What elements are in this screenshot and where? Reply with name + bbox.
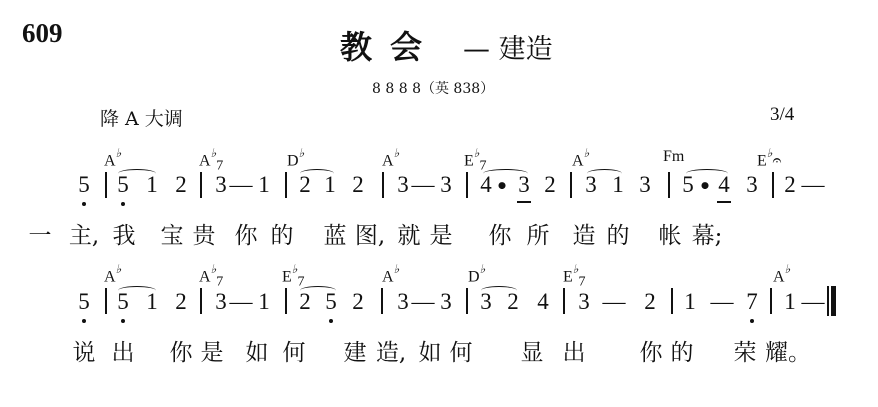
lyric-syllable: 主, <box>69 217 99 250</box>
barline <box>285 288 287 314</box>
chord-symbol: A♭ <box>382 264 399 286</box>
note-digit: 3 <box>397 172 409 198</box>
sustain-dash: — <box>412 289 435 315</box>
hymn-title: 教会 <box>340 22 440 68</box>
chord-symbol: A♭7 <box>199 148 223 175</box>
note-digit: 3 <box>639 172 651 198</box>
lyric-syllable: 的 <box>271 217 294 250</box>
note-digit: 5 <box>117 172 129 198</box>
dotted-note-dot: • <box>496 174 509 198</box>
lyric-syllable: 蓝 <box>324 217 347 250</box>
note-digit: 3 <box>215 289 227 315</box>
chord-symbol: E♭7 <box>282 264 304 291</box>
barline <box>770 288 772 314</box>
lyric-syllable: 一 <box>29 217 52 250</box>
note-digit: 1 <box>258 289 270 315</box>
barline <box>382 172 384 198</box>
lyric-syllable: 所 <box>527 217 550 250</box>
note-digit: 5 <box>682 172 694 198</box>
barline <box>200 172 202 198</box>
low-octave-dot <box>82 319 86 323</box>
note-digit: 1 <box>684 289 696 315</box>
note-digit: 7 <box>746 289 758 315</box>
lyric-syllable: 就 <box>398 217 421 250</box>
lyric-syllable: 何 <box>283 334 306 367</box>
lyric-syllable: 出 <box>112 334 135 367</box>
barline <box>466 288 468 314</box>
note-digit: 5 <box>78 289 90 315</box>
note-digit: 5 <box>117 289 129 315</box>
note-digit: 3 <box>397 289 409 315</box>
note-digit: 4 <box>537 289 549 315</box>
eighth-note-underline <box>717 201 731 203</box>
note-digit: 2 <box>175 289 187 315</box>
note-digit: 5 <box>325 289 337 315</box>
note-digit: 3 <box>480 289 492 315</box>
low-octave-dot <box>121 319 125 323</box>
lyric-syllable: 你 <box>640 334 663 367</box>
sustain-dash: — <box>802 172 825 198</box>
barline <box>466 172 468 198</box>
lyric-syllable: 贵 <box>193 217 216 250</box>
barline <box>200 288 202 314</box>
lyric-syllable: 如 <box>246 334 269 367</box>
chord-symbol: A♭ <box>104 264 121 286</box>
note-digit: 3 <box>440 289 452 315</box>
barline <box>671 288 673 314</box>
chord-symbol: E♭7 <box>464 148 486 175</box>
eighth-note-underline <box>517 201 531 203</box>
lyric-syllable: 如 <box>419 334 442 367</box>
note-digit: 1 <box>258 172 270 198</box>
low-octave-dot <box>750 319 754 323</box>
low-octave-dot <box>329 319 333 323</box>
note-digit: 2 <box>544 172 556 198</box>
note-digit: 1 <box>784 289 796 315</box>
lyric-syllable: 的 <box>607 217 630 250</box>
dotted-note-dot: • <box>699 174 712 198</box>
note-digit: 2 <box>299 289 311 315</box>
note-digit: 2 <box>644 289 656 315</box>
note-digit: 4 <box>718 172 730 198</box>
barline <box>570 172 572 198</box>
lyric-syllable: 帐 <box>659 217 682 250</box>
low-octave-dot <box>82 202 86 206</box>
lyric-syllable: 说 <box>73 334 96 367</box>
chord-symbol: A♭ <box>382 148 399 170</box>
final-barline-thick <box>831 286 836 316</box>
chord-symbol: D♭ <box>287 148 304 170</box>
note-digit: 3 <box>518 172 530 198</box>
final-barline-thin <box>827 286 829 316</box>
note-digit: 1 <box>146 289 158 315</box>
note-digit: 5 <box>78 172 90 198</box>
lyric-syllable: 你 <box>170 334 193 367</box>
chord-symbol: Fm <box>663 148 684 166</box>
note-digit: 2 <box>299 172 311 198</box>
note-digit: 3 <box>746 172 758 198</box>
note-digit: 1 <box>612 172 624 198</box>
note-digit: 4 <box>480 172 492 198</box>
lyric-syllable: 你 <box>489 217 512 250</box>
note-digit: 3 <box>440 172 452 198</box>
barline <box>285 172 287 198</box>
note-digit: 1 <box>146 172 158 198</box>
sustain-dash: — <box>711 289 734 315</box>
lyric-syllable: 的 <box>671 334 694 367</box>
fermata-icon: 𝄐 <box>772 152 781 169</box>
chord-symbol: E♭7 <box>563 264 585 291</box>
note-digit: 2 <box>352 289 364 315</box>
sustain-dash: — <box>230 289 253 315</box>
note-digit: 3 <box>585 172 597 198</box>
chord-symbol: A♭ <box>104 148 121 170</box>
barline <box>381 288 383 314</box>
lyric-syllable: 是 <box>430 217 453 250</box>
hymn-number: 609 <box>22 18 63 49</box>
barline <box>668 172 670 198</box>
note-digit: 2 <box>507 289 519 315</box>
sustain-dash: — <box>802 289 825 315</box>
chord-symbol: A♭ <box>572 148 589 170</box>
note-digit: 2 <box>175 172 187 198</box>
chord-symbol: A♭7 <box>199 264 223 291</box>
lyric-syllable: 我 <box>113 217 136 250</box>
sustain-dash: — <box>603 289 626 315</box>
barline <box>105 288 107 314</box>
chord-symbol: A♭ <box>773 264 790 286</box>
sustain-dash: — <box>412 172 435 198</box>
sustain-dash: — <box>230 172 253 198</box>
lyric-syllable: 图, <box>355 217 385 250</box>
lyric-syllable: 耀。 <box>765 334 811 367</box>
chord-symbol: D♭ <box>468 264 485 286</box>
note-digit: 3 <box>215 172 227 198</box>
low-octave-dot <box>121 202 125 206</box>
hymn-subtitle: — 建造 <box>463 27 553 66</box>
lyric-syllable: 幕; <box>692 217 723 250</box>
lyric-syllable: 造 <box>573 217 596 250</box>
time-signature: 3/4 <box>770 104 794 126</box>
key-signature: 降 A 大调 <box>100 104 183 131</box>
lyric-syllable: 出 <box>563 334 586 367</box>
note-digit: 3 <box>578 289 590 315</box>
lyric-syllable: 你 <box>235 217 258 250</box>
barline <box>772 172 774 198</box>
lyric-syllable: 造, <box>376 334 406 367</box>
barline <box>105 172 107 198</box>
lyric-syllable: 荣 <box>734 334 757 367</box>
note-digit: 1 <box>324 172 336 198</box>
lyric-syllable: 建 <box>344 334 367 367</box>
chord-symbol: E♭𝄐 <box>757 148 781 170</box>
meter-info: 8 8 8 8（英 838） <box>372 78 494 98</box>
lyric-syllable: 何 <box>450 334 473 367</box>
barline <box>563 288 565 314</box>
lyric-syllable: 是 <box>201 334 224 367</box>
lyric-syllable: 显 <box>521 334 544 367</box>
note-digit: 2 <box>352 172 364 198</box>
note-digit: 2 <box>784 172 796 198</box>
lyric-syllable: 宝 <box>161 217 184 250</box>
